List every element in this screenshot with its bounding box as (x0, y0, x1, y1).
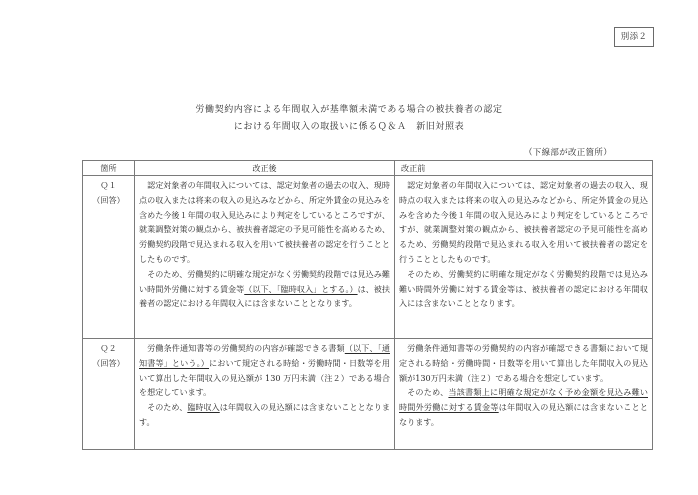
revised-q2-paragraph-2: そのため、臨時収入は年間収入の見込額には含まないこととなります。 (139, 400, 390, 430)
underlined-change: 臨時収入 (187, 402, 219, 412)
text-segment: 労働条件通知書等の労働契約の内容が確認できる書類 (147, 343, 345, 353)
revised-cell-q2: 労働条件通知書等の労働契約の内容が確認できる書類（以下、「通知書等」という。）に… (135, 339, 395, 450)
attachment-label: 別添２ (614, 27, 654, 47)
underline-note: （下線部が改正箇所） (524, 146, 612, 158)
text-segment: そのため、 (147, 402, 187, 412)
document-title-line-2: における年間収入の取扱いに係るＱ＆Ａ 新旧対照表 (0, 119, 698, 132)
header-location: 箇所 (83, 161, 135, 176)
revised-q2-paragraph-1: 労働条件通知書等の労働契約の内容が確認できる書類（以下、「通知書等」という。）に… (139, 341, 390, 400)
revised-q1-paragraph-1: 認定対象者の年間収入については、認定対象者の過去の収入、現時点の収入または将来の… (139, 178, 390, 267)
original-cell-q2: 労働条件通知書等の労働契約の内容が確認できる書類において規定される時給・労働時間… (395, 339, 653, 450)
original-q2-paragraph-1: 労働条件通知書等の労働契約の内容が確認できる書類において規定される時給・労働時間… (399, 341, 648, 385)
underlined-change: （以下、「臨時収入」とする。） (244, 284, 357, 294)
header-revised: 改正後 (135, 161, 395, 176)
answer-label: （回答） (83, 193, 134, 208)
table-header-row: 箇所 改正後 改正前 (83, 161, 653, 176)
table-row-q2: Ｑ２ （回答） 労働条件通知書等の労働契約の内容が確認できる書類（以下、「通知書… (83, 339, 653, 450)
original-cell-q1: 認定対象者の年間収入については、認定対象者の過去の収入、現時点の収入または将来の… (395, 176, 653, 339)
text-segment: そのため、 (407, 387, 448, 397)
revised-q1-paragraph-2: そのため、労働契約に明確な規定がなく労働契約段階では見込み難い時間外労働に対する… (139, 267, 390, 311)
header-original: 改正前 (395, 161, 653, 176)
revised-cell-q1: 認定対象者の年間収入については、認定対象者の過去の収入、現時点の収入または将来の… (135, 176, 395, 339)
document-title-line-1: 労働契約内容による年間収入が基準額未満である場合の被扶養者の認定 (0, 102, 698, 115)
comparison-table: 箇所 改正後 改正前 Ｑ１ （回答） 認定対象者の年間収入については、認定対象者… (82, 160, 653, 450)
location-cell-q2: Ｑ２ （回答） (83, 339, 135, 450)
original-q1-paragraph-2: そのため、労働契約に明確な規定がなく労働契約段階では見込み難い時間外労働に対する… (399, 267, 648, 311)
table-row-q1: Ｑ１ （回答） 認定対象者の年間収入については、認定対象者の過去の収入、現時点の… (83, 176, 653, 339)
question-id: Ｑ２ (83, 341, 134, 356)
original-q1-paragraph-1: 認定対象者の年間収入については、認定対象者の過去の収入、現時点の収入または将来の… (399, 178, 648, 267)
question-id: Ｑ１ (83, 178, 134, 193)
answer-label: （回答） (83, 356, 134, 371)
location-cell-q1: Ｑ１ （回答） (83, 176, 135, 339)
original-q2-paragraph-2: そのため、当該書類上に明確な規定がなく予め金額を見込み難い時間外労働に対する賃金… (399, 385, 648, 429)
